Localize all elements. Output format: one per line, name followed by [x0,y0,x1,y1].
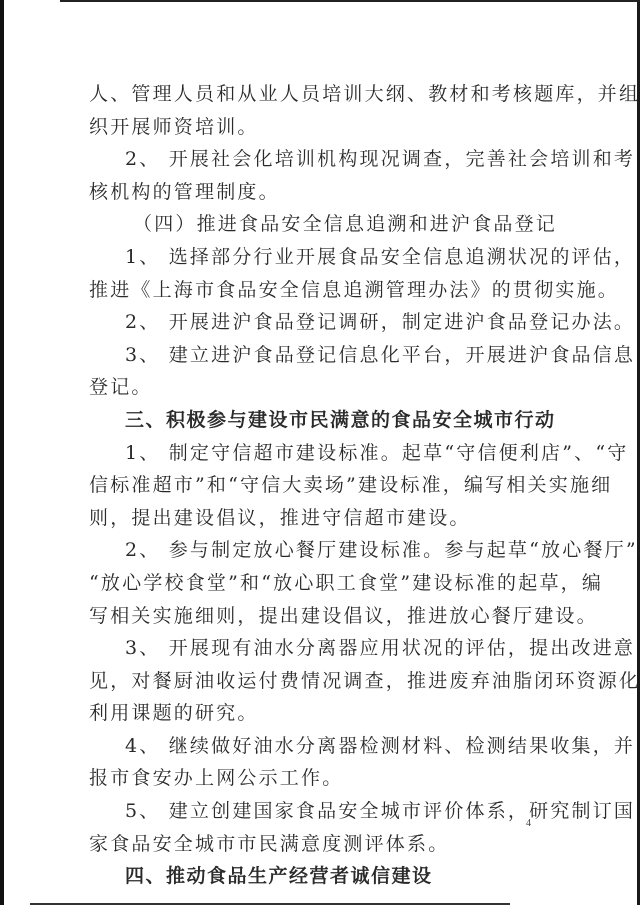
list-item: 5、 建立创建国家食品安全城市评价体系，研究制订国 [89,795,559,828]
list-item: 3、 开展现有油水分离器应用状况的评估，提出改进意 [89,632,559,665]
document-page: 人、管理人员和从业人员培训大纲、教材和考核题库，并组 织开展师资培训。 2、 开… [89,78,559,893]
list-item: 2、 开展进沪食品登记调研，制定进沪食品登记办法。 [89,306,559,339]
list-item: 1、 制定守信超市建设标准。起草“守信便利店”、“守 [89,437,559,470]
list-item: 4、 继续做好油水分离器检测材料、检测结果收集，并 [89,730,559,763]
body-line: 核机构的管理制度。 [89,176,559,209]
body-line: 利用课题的研究。 [89,697,559,730]
body-line: 信标准超市”和“守信大卖场”建设标准，编写相关实施细 [89,469,559,502]
body-line: 人、管理人员和从业人员培训大纲、教材和考核题库，并组 [89,78,559,111]
body-line: 织开展师资培训。 [89,111,559,144]
section-heading: 四、推动食品生产经营者诚信建设 [89,860,559,893]
body-line: 家食品安全城市市民满意度测评体系。 [89,828,559,861]
list-item: 1、 选择部分行业开展食品安全信息追溯状况的评估， [89,241,559,274]
section-heading: 三、积极参与建设市民满意的食品安全城市行动 [89,404,559,437]
scan-border-top [60,0,640,2]
body-line: 推进《上海市食品安全信息追溯管理办法》的贯彻实施。 [89,274,559,307]
page-number: 4 [526,818,531,829]
body-line: 报市食安办上网公示工作。 [89,762,559,795]
body-line: 登记。 [89,371,559,404]
body-line: 写相关实施细则，提出建设倡议，推进放心餐厅建设。 [89,600,559,633]
list-item: 2、 参与制定放心餐厅建设标准。参与起草“放心餐厅”、 [89,534,559,567]
scan-border-left [0,0,4,905]
subsection-heading: （四）推进食品安全信息追溯和进沪食品登记 [89,208,559,241]
body-line: 见，对餐厨油收运付费情况调查，推进废弃油脂闭环资源化 [89,665,559,698]
body-line: 则，提出建设倡议，推进守信超市建设。 [89,502,559,535]
body-line: “放心学校食堂”和“放心职工食堂”建设标准的起草，编 [89,567,559,600]
list-item: 2、 开展社会化培训机构现况调查，完善社会培训和考 [89,143,559,176]
list-item: 3、 建立进沪食品登记信息化平台，开展进沪食品信息 [89,339,559,372]
